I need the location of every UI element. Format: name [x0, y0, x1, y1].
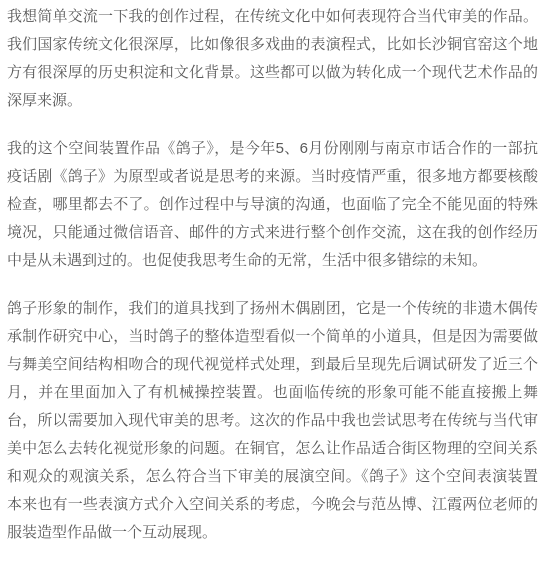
paragraph-creation-process: 我想简单交流一下我的创作过程，在传统文化中如何表现符合当代审美的作品。我们国家传…: [7, 3, 538, 115]
article-body: 我想简单交流一下我的创作过程，在传统文化中如何表现符合当代审美的作品。我们国家传…: [0, 0, 545, 547]
paragraph-pigeon-production: 鸽子形象的制作，我们的道具找到了扬州木偶剧团，它是一个传统的非遗木偶传承制作研究…: [7, 295, 538, 547]
paragraph-pigeon-origin: 我的这个空间装置作品《鸽子》，是今年5、6月份刚刚与南京市话合作的一部抗疫话剧《…: [7, 135, 538, 275]
